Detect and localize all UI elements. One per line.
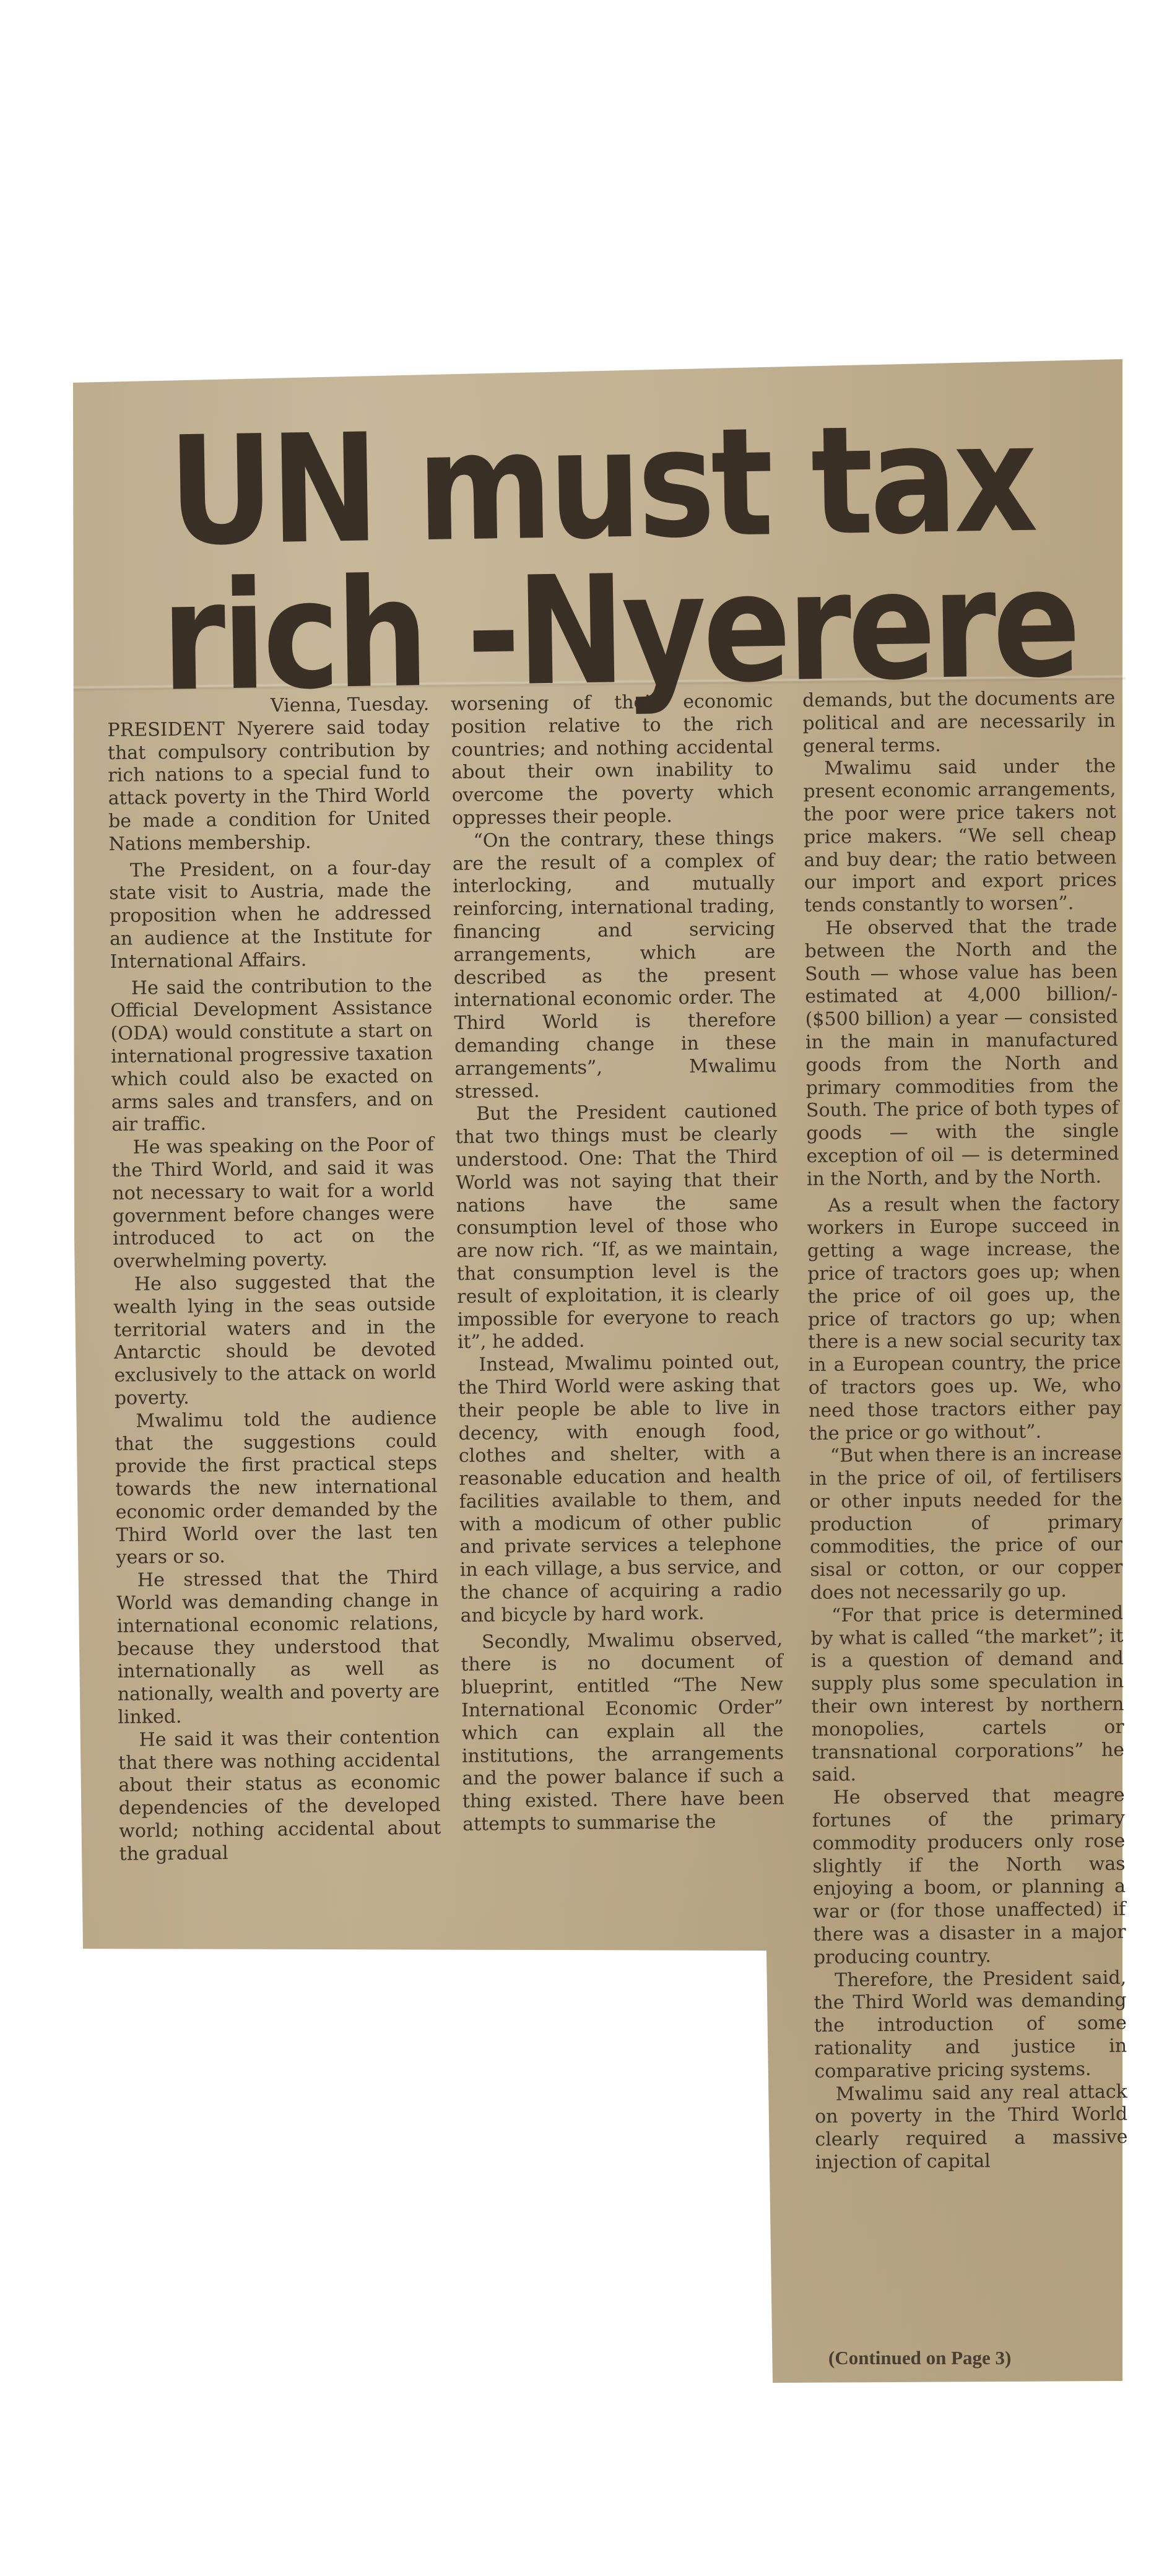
paragraph: PRESIDENT Nyerere said today that compul…: [107, 716, 430, 856]
paragraph: He observed that the trade between the N…: [804, 915, 1119, 1191]
paragraph: Mwalimu said under the present economic …: [803, 755, 1117, 918]
paragraph: He was speaking on the Poor of the Third…: [111, 1134, 435, 1274]
paragraph: But the President cautioned that two thi…: [455, 1100, 779, 1354]
paragraph: Instead, Mwalimu pointed out, the Third …: [458, 1351, 783, 1628]
paragraph: Secondly, Mwalimu observed, there is no …: [461, 1628, 784, 1837]
headline: UN must tax rich -Nyerere: [93, 394, 1113, 701]
paragraph: Mwalimu said any real attack on poverty …: [815, 2081, 1128, 2175]
paragraph: He said it was their contention that the…: [118, 1726, 441, 1866]
article-column-3: demands, but the documents are political…: [802, 687, 1128, 2175]
paragraph: “But when there is an increase in the pr…: [809, 1443, 1123, 1605]
paragraph: “For that price is determined by what is…: [810, 1602, 1125, 1787]
paragraph: Therefore, the President said, the Third…: [814, 1967, 1127, 2083]
article-column-1: Vienna, Tuesday. PRESIDENT Nyerere said …: [107, 694, 441, 1866]
paragraph: The President, on a four-day state visit…: [109, 856, 432, 973]
article-column-2: worsening of their economic position rel…: [451, 690, 784, 1837]
paragraph: He observed that meagre fortunes of the …: [812, 1785, 1126, 1970]
dateline: Vienna, Tuesday.: [107, 694, 429, 720]
paragraph: “On the contrary, these things are the r…: [452, 827, 777, 1103]
paragraph: He stressed that the Third World was dem…: [116, 1567, 440, 1730]
paragraph: As a result when the factory workers in …: [807, 1192, 1122, 1445]
paragraph: He said the contribution to the Official…: [110, 974, 434, 1137]
paragraph: demands, but the documents are political…: [802, 687, 1116, 759]
continued-note: (Continued on Page 3): [828, 2347, 1011, 2369]
paragraph: Mwalimu told the audience that the sugge…: [115, 1407, 438, 1570]
paragraph: He also suggested that the wealth lying …: [113, 1270, 436, 1410]
paragraph: worsening of their economic position rel…: [451, 690, 774, 830]
